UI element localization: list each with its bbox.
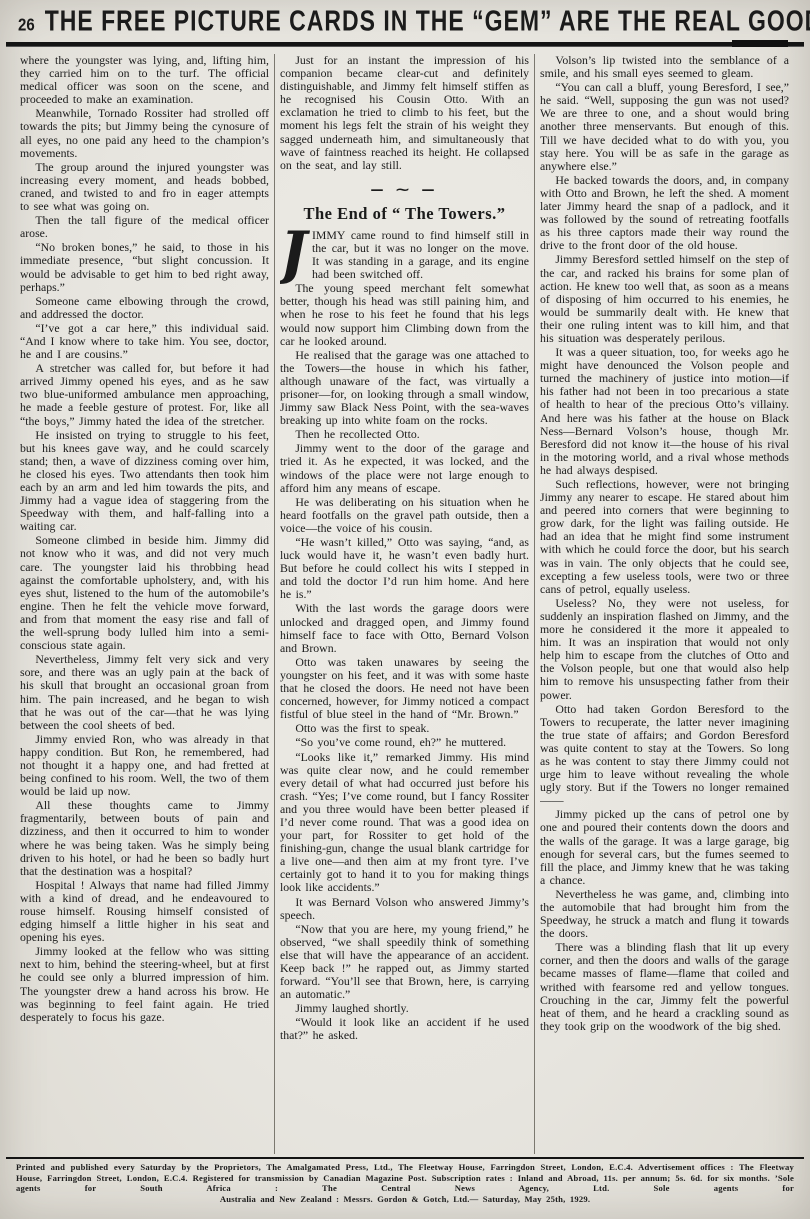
story-paragraph: Hospital ! Always that name had filled J… [20, 879, 269, 944]
story-paragraph: Jimmy envied Ron, who was already in tha… [20, 733, 269, 798]
story-paragraph: Jimmy Beresford settled himself on the s… [540, 253, 789, 345]
story-paragraph: He backed towards the doors, and, in com… [540, 174, 789, 253]
story-paragraph: It was Bernard Volson who answered Jimmy… [280, 896, 529, 922]
story-paragraph: “So you’ve come round, eh?” he muttered. [280, 736, 529, 749]
newspaper-page: 26 THE FREE PICTURE CARDS IN THE “GEM” A… [0, 0, 810, 1219]
story-paragraph: Volson’s lip twisted into the semblance … [540, 54, 789, 80]
story-paragraph: Useless? No, they were not useless, for … [540, 597, 789, 702]
story-paragraph: Just for an instant the impression of hi… [280, 54, 529, 172]
story-paragraph: The young speed merchant felt somewhat b… [280, 282, 529, 347]
column-divider-rule [274, 54, 275, 1154]
story-paragraph: Such reflections, however, were not brin… [540, 478, 789, 596]
story-paragraph: “I’ve got a car here,” this individual s… [20, 322, 269, 361]
story-paragraph: Otto was taken unawares by seeing the yo… [280, 656, 529, 721]
imprint-footer: Printed and published every Saturday by … [0, 1161, 810, 1204]
header-banner-title: THE FREE PICTURE CARDS IN THE “GEM” ARE … [45, 4, 810, 38]
dropcap-initial: J [280, 229, 312, 275]
story-paragraph: A stretcher was called for, but before i… [20, 362, 269, 427]
story-paragraph: He realised that the garage was one atta… [280, 349, 529, 428]
section-heading: The End of “ The Towers.” [280, 204, 529, 224]
story-paragraph: All these thoughts came to Jimmy fragmen… [20, 799, 269, 878]
story-paragraph: “Now that you are here, my young friend,… [280, 923, 529, 1002]
story-paragraph: “Looks like it,” remarked Jimmy. His min… [280, 751, 529, 895]
story-columns: where the youngster was lying, and, lift… [0, 47, 810, 1154]
story-paragraph: He was deliberating on his situation whe… [280, 496, 529, 535]
story-paragraph: Jimmy laughed shortly. [280, 1002, 529, 1015]
dropcap-paragraph-text: IMMY came round to find himself still in… [312, 228, 529, 281]
column-3-paragraphs: Volson’s lip twisted into the semblance … [540, 54, 789, 1033]
column-2-paragraphs: The young speed merchant felt somewhat b… [280, 282, 529, 1042]
page-number: 26 [18, 16, 35, 36]
story-paragraph: It was a queer situation, too, for weeks… [540, 346, 789, 477]
story-paragraph: “Would it look like an accident if he us… [280, 1016, 529, 1042]
story-paragraph: “You can call a bluff, young Beresford, … [540, 81, 789, 173]
story-paragraph: Otto was the first to speak. [280, 722, 529, 735]
story-paragraph: where the youngster was lying, and, lift… [20, 54, 269, 106]
story-paragraph: He insisted on trying to struggle to his… [20, 429, 269, 534]
story-paragraph: Someone climbed in beside him. Jimmy did… [20, 534, 269, 652]
story-paragraph: Then the tall figure of the medical offi… [20, 214, 269, 240]
story-paragraph: Meanwhile, Tornado Rossiter had strolled… [20, 107, 269, 159]
imprint-line: Australia and New Zealand : Messrs. Gord… [16, 1194, 794, 1205]
story-paragraph: There was a blinding flash that lit up e… [540, 941, 789, 1033]
dropcap-paragraph: JIMMY came round to find himself still i… [280, 229, 529, 281]
story-paragraph: Jimmy went to the door of the garage and… [280, 442, 529, 494]
story-paragraph: With the last words the garage doors wer… [280, 602, 529, 654]
footer-rule [6, 1157, 804, 1159]
imprint-line: Printed and published every Saturday by … [16, 1162, 794, 1194]
story-paragraph: Nevertheless, Jimmy felt very sick and v… [20, 653, 269, 732]
story-paragraph: Jimmy picked up the cans of petrol one b… [540, 808, 789, 887]
story-paragraph: “No broken bones,” he said, to those in … [20, 241, 269, 293]
print-ink-artifact [732, 40, 788, 47]
story-paragraph: The group around the injured youngster w… [20, 161, 269, 213]
imprint-lines: Printed and published every Saturday by … [16, 1162, 794, 1204]
story-paragraph: Jimmy looked at the fellow who was sitti… [20, 945, 269, 1024]
column-1-paragraphs: where the youngster was lying, and, lift… [20, 54, 269, 1024]
story-column-1: where the youngster was lying, and, lift… [20, 54, 269, 1154]
column-divider-rule [534, 54, 535, 1154]
column-2-intro-paragraphs: Just for an instant the impression of hi… [280, 54, 529, 172]
story-paragraph: Someone came elbowing through the crowd,… [20, 295, 269, 321]
story-paragraph: “He wasn’t killed,” Otto was saying, “an… [280, 536, 529, 601]
page-header: 26 THE FREE PICTURE CARDS IN THE “GEM” A… [0, 0, 810, 40]
section-break-ornament: — ⁓ — [280, 183, 529, 198]
story-column-3: Volson’s lip twisted into the semblance … [540, 54, 789, 1154]
story-paragraph: Then he recollected Otto. [280, 428, 529, 441]
story-paragraph: Nevertheless he was game, and, climbing … [540, 888, 789, 940]
story-column-2: Just for an instant the impression of hi… [280, 54, 529, 1154]
story-paragraph: Otto had taken Gordon Beresford to the T… [540, 703, 789, 808]
